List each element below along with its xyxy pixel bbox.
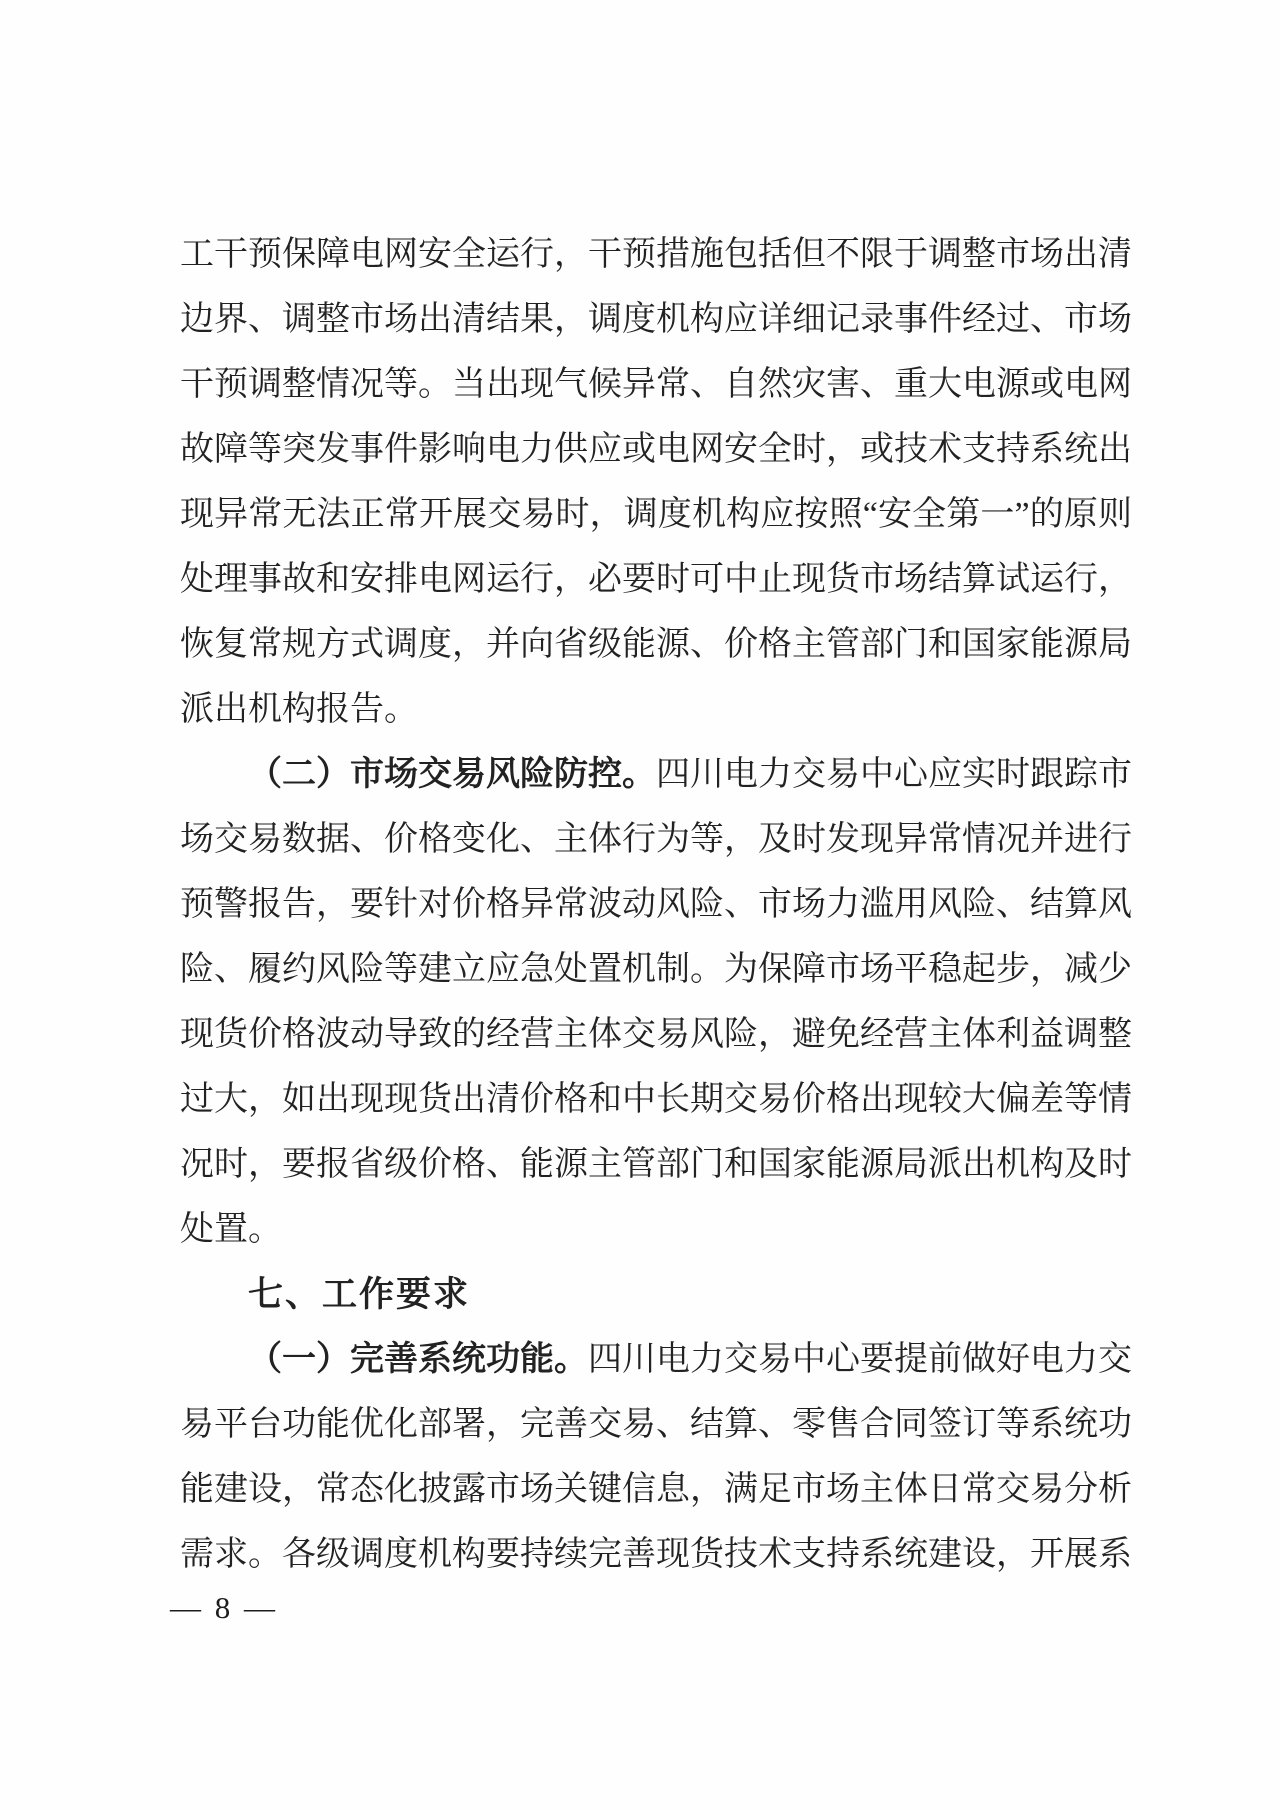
- text-line: 能建设，常态化披露市场关键信息，满足市场主体日常交易分析: [180, 1457, 1132, 1522]
- text-line: 现异常无法正常开展交易时，调度机构应按照“安全第一”的原则: [180, 482, 1132, 547]
- text-line: 需求。各级调度机构要持续完善现货技术支持系统建设，开展系: [180, 1522, 1132, 1587]
- page-number: — 8 —: [170, 1590, 278, 1625]
- section-heading: 七、工作要求: [180, 1262, 1132, 1327]
- text-line: 派出机构报告。: [180, 677, 1132, 742]
- text-line: 险、履约风险等建立应急处置机制。为保障市场平稳起步，减少: [180, 937, 1132, 1002]
- text-line: 故障等突发事件影响电力供应或电网安全时，或技术支持系统出: [180, 417, 1132, 482]
- text-line: 况时，要报省级价格、能源主管部门和国家能源局派出机构及时: [180, 1132, 1132, 1197]
- text-line: 恢复常规方式调度，并向省级能源、价格主管部门和国家能源局: [180, 612, 1132, 677]
- bold-run: （一）完善系统功能。: [248, 1341, 588, 1378]
- text-line: （二）市场交易风险防控。四川电力交易中心应实时跟踪市: [180, 742, 1132, 807]
- bold-run: （二）市场交易风险防控。: [248, 756, 656, 793]
- text-line: 过大，如出现现货出清价格和中长期交易价格出现较大偏差等情: [180, 1067, 1132, 1132]
- page-footer: — 8 —: [170, 1588, 278, 1628]
- document-page: 工干预保障电网安全运行，干预措施包括但不限于调整市场出清边界、调整市场出清结果，…: [0, 0, 1280, 1810]
- text-line: 处理事故和安排电网运行，必要时可中止现货市场结算试运行，: [180, 547, 1132, 612]
- text-line: 处置。: [180, 1197, 1132, 1262]
- text-line: 场交易数据、价格变化、主体行为等，及时发现异常情况并进行: [180, 807, 1132, 872]
- text-line: 工干预保障电网安全运行，干预措施包括但不限于调整市场出清: [180, 222, 1132, 287]
- text-line: 预警报告，要针对价格异常波动风险、市场力滥用风险、结算风: [180, 872, 1132, 937]
- text-line: （一）完善系统功能。四川电力交易中心要提前做好电力交: [180, 1327, 1132, 1392]
- text-block: 工干预保障电网安全运行，干预措施包括但不限于调整市场出清边界、调整市场出清结果，…: [180, 222, 1132, 1587]
- text-line: 干预调整情况等。当出现气候异常、自然灾害、重大电源或电网: [180, 352, 1132, 417]
- text-line: 易平台功能优化部署，完善交易、结算、零售合同签订等系统功: [180, 1392, 1132, 1457]
- text-line: 现货价格波动导致的经营主体交易风险，避免经营主体利益调整: [180, 1002, 1132, 1067]
- text-line: 边界、调整市场出清结果，调度机构应详细记录事件经过、市场: [180, 287, 1132, 352]
